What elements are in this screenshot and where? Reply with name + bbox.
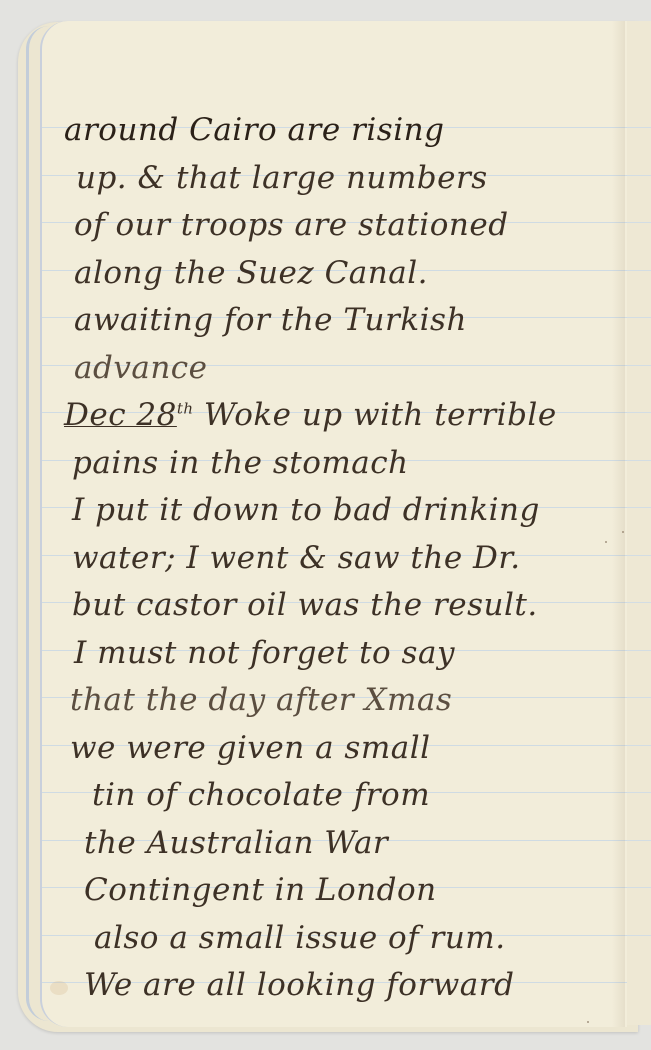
rule-line [625,365,651,366]
text-line: but castor oil was the result. [72,582,627,630]
text-line: we were given a small [70,725,627,773]
text-line: pains in the stomach [72,440,627,488]
scanned-diary-page: around Cairo are rising up. & that large… [0,0,651,1050]
text-line: advance [74,345,627,393]
text-line: of our troops are stationed [74,202,627,250]
text-line: We are all looking forward [84,962,627,1010]
dated-entry-line: Dec 28th Woke up with terrible [64,392,624,440]
page-gutter-fold [612,21,625,1027]
handwritten-entry: around Cairo are rising up. & that large… [64,107,624,1010]
rule-line [625,555,651,556]
text-line: awaiting for the Turkish [74,297,627,345]
rule-line [625,222,651,223]
rule-line [625,412,651,413]
facing-page-edge [624,21,651,1025]
rule-line [625,175,651,176]
paper-speck [587,1021,589,1023]
rule-line [625,317,651,318]
rule-line [625,650,651,651]
text-line: I must not forget to say [74,630,627,678]
entry-date: Dec 28 [64,397,177,433]
text-line: up. & that large numbers [76,155,627,203]
rule-line [625,270,651,271]
rule-line [625,697,651,698]
rule-line [625,840,651,841]
text-line: around Cairo are rising [64,107,624,155]
text-line: the Australian War [84,820,627,868]
entry-date-suffix: th [177,400,194,418]
text-line: I put it down to bad drinking [72,487,627,535]
rule-line [625,887,651,888]
rule-line [625,507,651,508]
text-line: along the Suez Canal. [74,250,627,298]
rule-line [625,745,651,746]
rule-line [625,127,651,128]
text-line: Contingent in London [84,867,627,915]
rule-line [625,602,651,603]
text-line: water; I went & saw the Dr. [72,535,627,583]
text-line: tin of chocolate from [92,772,627,820]
diary-page: around Cairo are rising up. & that large… [40,21,627,1027]
rule-line [625,935,651,936]
rule-line [625,792,651,793]
text-line: also a small issue of rum. [94,915,627,963]
text-line: that the day after Xmas [70,677,627,725]
rule-line [625,460,651,461]
